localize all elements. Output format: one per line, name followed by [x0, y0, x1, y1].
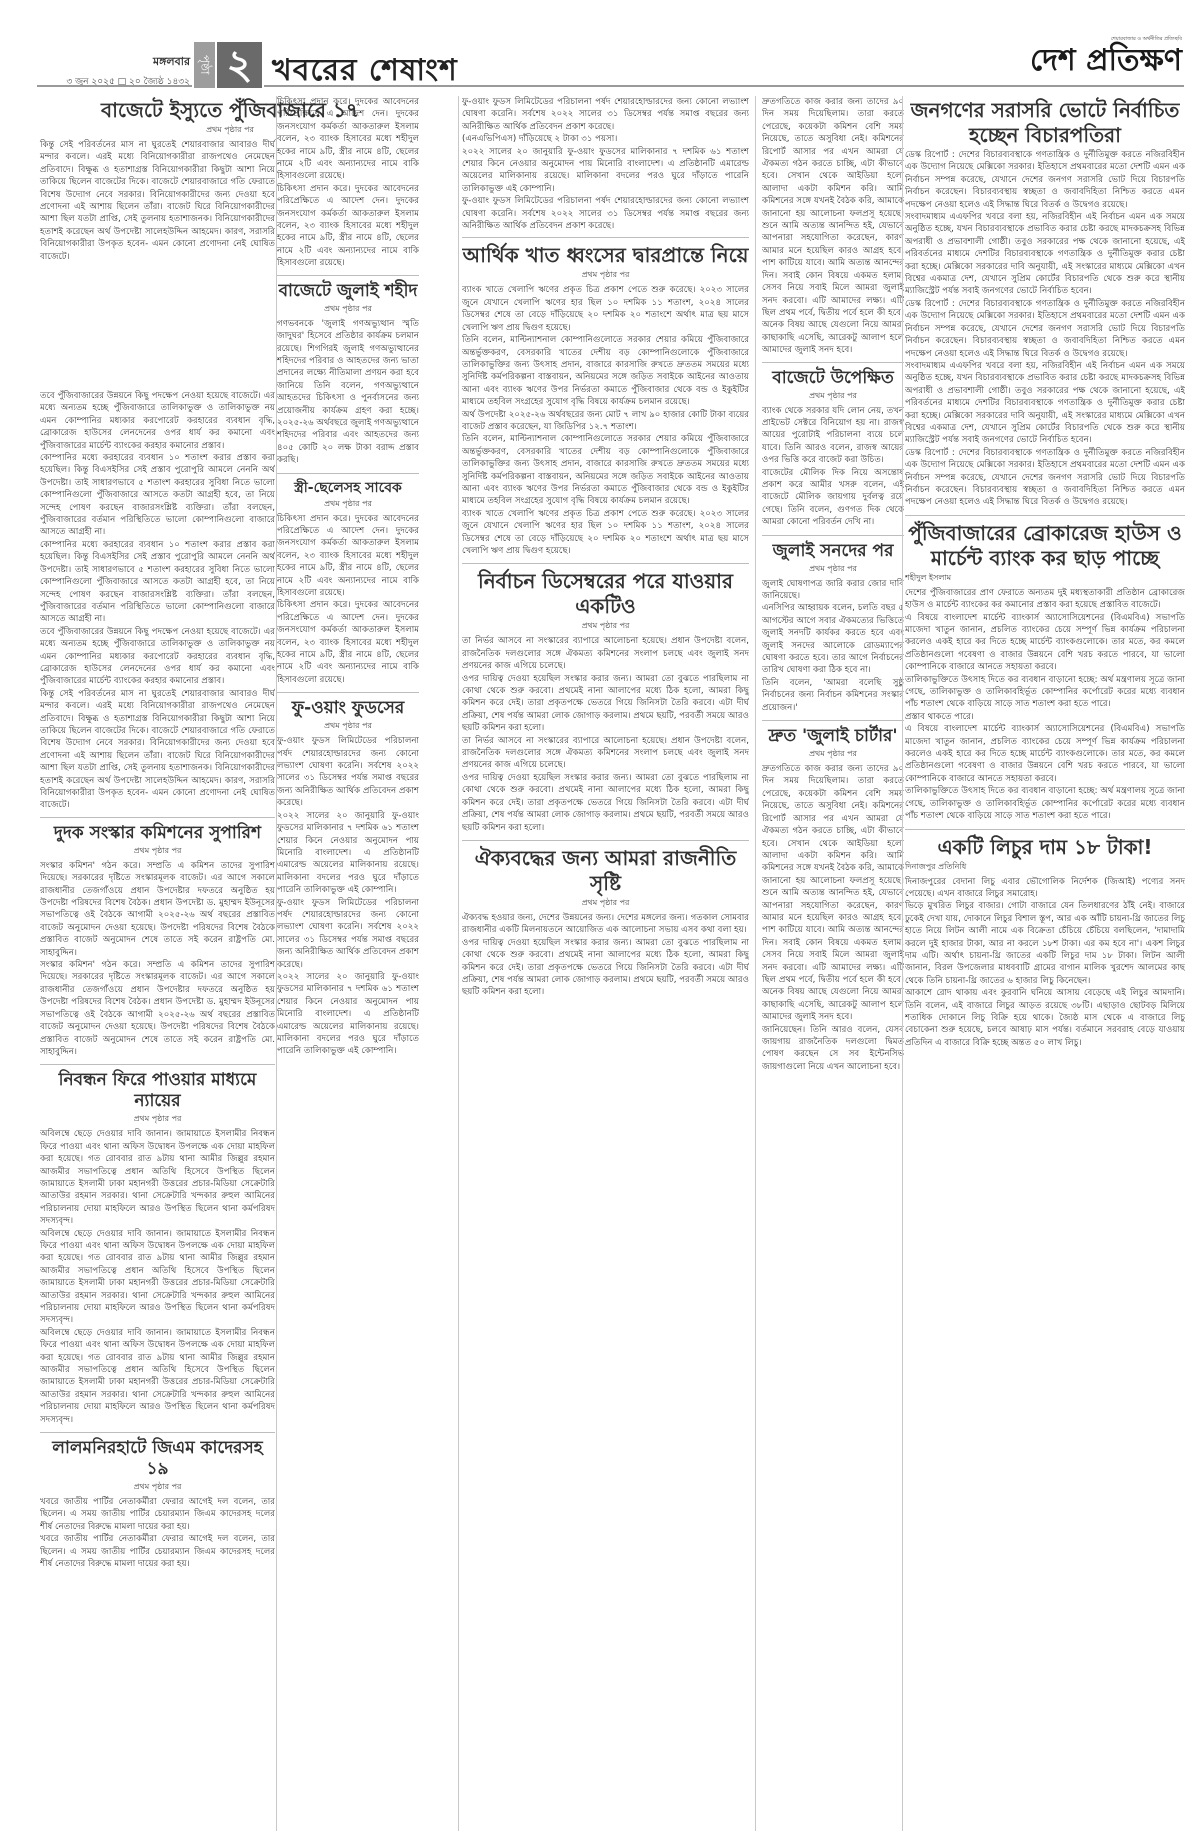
- article-july-martyr: বাজেটে জুলাই শহীদ প্রথম পৃষ্ঠার পর গণভবন…: [277, 281, 419, 467]
- article-july-charter-after: জুলাই সনদের পর প্রথম পৃষ্ঠার পর জুলাই ঘো…: [762, 541, 904, 714]
- article-lalmonirhat: লালমনিরহাটে জিএম কাদেরসহ ১৯ প্রথম পৃষ্ঠা…: [40, 1438, 275, 1570]
- article-brokerage-tax: পুঁজিবাজারের ব্রোকারেজ হাউস ও মার্চেন্ট …: [905, 521, 1185, 823]
- paragraph: ঐক্যবদ্ধ হওয়ার জন্য, দেশের উন্নয়নের জন…: [462, 912, 749, 937]
- paragraph: ওপর দায়িত্ব দেওয়া হয়েছিল সংস্কার করার…: [462, 937, 749, 999]
- divider: [277, 692, 419, 693]
- paragraph: তা নির্ভর আসবে না সংস্কারের ব্যাপারে আলো…: [462, 635, 749, 672]
- paragraph: জানিয়েছেন। তিনি আরও বলেন, যেসব জায়গায়…: [762, 1024, 904, 1074]
- paragraph: তা নির্ভর আসবে না সংস্কারের ব্যাপারে আলো…: [462, 735, 749, 772]
- article-mexico-judges: জনগণের সরাসরি ভোটে নির্বাচিত হচ্ছেন বিচা…: [905, 98, 1185, 509]
- column-divider: [458, 96, 459, 1831]
- headline: লালমনিরহাটে জিএম কাদেরসহ ১৯: [40, 1438, 275, 1480]
- newspaper-logo: শেয়ারবাজার ও অর্থনীতির প্রতিচ্ছবি দেশ প…: [1030, 36, 1182, 78]
- byline: প্রথম পৃষ্ঠার পর: [40, 845, 275, 858]
- byline: প্রথম পৃষ্ঠার পর: [277, 498, 419, 511]
- headline: দুদক সংস্কার কমিশনের সুপারিশ: [40, 823, 275, 844]
- headline: জুলাই সনদের পর: [762, 541, 904, 562]
- column-4: দ্রুতগতিতে কাজ করার জন্য তাদের ৯০ দিন সম…: [762, 96, 904, 1831]
- headline: ফু-ওয়াং ফুডসের: [277, 698, 419, 719]
- headline: বাজেটে জুলাই শহীদ: [277, 281, 419, 302]
- paragraph: তালিকাভুক্তিতে উৎসাহ দিতে কর ব্যবধান বাড…: [905, 785, 1185, 822]
- paragraph: আকাশে রোদ থাকায় এবং কুরবানি ঘনিয়ে আসায…: [905, 987, 1185, 1049]
- paragraph: ফু-ওয়াং ফুডস লিমিটেডের পরিচালনা পর্ষদ শ…: [277, 897, 419, 971]
- paragraph: এ বিষয়ে বাংলাদেশ মার্চেন্ট ব্যাংকার্স অ…: [905, 723, 1185, 785]
- article-nibondhon: নিবন্ধন ফিরে পাওয়ার মাধ্যমে ন্যায়ের প্…: [40, 1070, 275, 1426]
- column-2: চিকিৎসা প্রদান করে। দুদকের আবেদনের পরিপ্…: [277, 96, 419, 1831]
- divider: [762, 535, 904, 536]
- paragraph: তবে পুঁজিবাজারের উন্নয়নে কিছু পদক্ষেপ ন…: [40, 626, 275, 688]
- headline: ঐক্যবদ্ধের জন্য আমরা রাজনীতি সৃষ্টি: [462, 846, 749, 896]
- byline: প্রথম পৃষ্ঠার পর: [762, 748, 904, 761]
- page-label: পৃষ্ঠা: [194, 42, 215, 88]
- paragraph: কোম্পানির মধ্যে করহারের ব্যবধান ১০ শতাংশ…: [40, 539, 275, 626]
- byline: প্রথম পৃষ্ঠার পর: [40, 1113, 275, 1126]
- article-nation-building: ঐক্যবদ্ধের জন্য আমরা রাজনীতি সৃষ্টি প্রথ…: [462, 846, 749, 999]
- headline: নির্বাচন ডিসেম্বরের পরে যাওয়ার একটিও: [462, 569, 749, 619]
- column-3: ফু-ওয়াং ফুডস লিমিটেডের পরিচালনা পর্ষদ শ…: [462, 96, 749, 1831]
- divider: [905, 515, 1185, 516]
- paragraph: ২০২২ সালের ২০ জানুয়ারি ফু-ওয়াং ফুডসের …: [277, 971, 419, 1058]
- paragraph: সংস্কার কমিশন' গঠন করে। সম্প্রতি এ কমিশন…: [40, 959, 275, 1058]
- divider: [462, 563, 749, 564]
- article-budget-unnoticed: বাজেটে উপেক্ষিত প্রথম পৃষ্ঠার পর ব্যাংক …: [762, 368, 904, 529]
- headline: দ্রুত 'জুলাই চার্টার': [762, 726, 904, 747]
- divider: [40, 1432, 275, 1433]
- date-block: মঙ্গলবার ৩ জুন ২০২৫ □ ২০ জ্যৈষ্ঠ ১৪৩২: [66, 53, 190, 89]
- paragraph: দ্রুতগতিতে কাজ করার জন্য তাদের ৯০ দিন সম…: [762, 96, 904, 357]
- divider: [264, 85, 1184, 87]
- paragraph: তিনি বলেন, মাল্টিন্যাশনাল কোম্পানিগুলোতে…: [462, 334, 749, 408]
- divider: [277, 275, 419, 276]
- column-1: তবে পুঁজিবাজারের উন্নয়নে কিছু পদক্ষেপ ন…: [40, 390, 275, 1831]
- paragraph: তবে পুঁজিবাজারের উন্নয়নে কিছু পদক্ষেপ ন…: [40, 390, 275, 452]
- divider: [37, 85, 192, 87]
- article-financial-sector: আর্থিক খাত ধ্বংসের দ্বারপ্রান্তে নিয়ে প…: [462, 243, 749, 557]
- divider: [905, 829, 1185, 830]
- paragraph: বাজেটের মৌলিক দিক নিয়ে অসন্তোষ প্রকাশ ক…: [762, 467, 904, 529]
- paragraph: ২০২২ সালের ২০ জানুয়ারি ফু-ওয়াং ফুডসের …: [462, 146, 749, 196]
- divider: [462, 237, 749, 238]
- logo-name: দেশ প্রতিক্ষণ: [1030, 44, 1182, 78]
- paragraph: সংবাদমাধ্যম এএফপির খবরে বলা হয়, নজিরবিহ…: [905, 211, 1185, 298]
- paragraph: চিকিৎসা প্রদান করে। দুদকের আবেদনের পরিপ্…: [277, 513, 419, 600]
- paragraph: (এনএভিপিএস) দাঁড়িয়েছে ২ টাকা ৩১ পয়সা।: [462, 133, 749, 145]
- weekday: মঙ্গলবার: [66, 53, 190, 72]
- paragraph: খবরে জাতীয় পার্টির নেতাকর্মীরা ফেরার আগ…: [40, 1496, 275, 1533]
- paragraph: ২০২২ সালের ২০ জানুয়ারি ফু-ওয়াং ফুডসের …: [277, 810, 419, 897]
- byline: প্রথম পৃষ্ঠার পর: [462, 897, 749, 910]
- paragraph: ডেস্ক রিপোর্ট : দেশের বিচারব্যবস্থাকে গণ…: [905, 149, 1185, 211]
- byline: শহীদুল ইসলাম: [905, 572, 1185, 585]
- article-fu-wang: ফু-ওয়াং ফুডসের প্রথম পৃষ্ঠার পর ফু-ওয়া…: [277, 698, 419, 1058]
- paragraph: সংস্কার কমিশন' গঠন করে। সম্প্রতি এ কমিশন…: [40, 860, 275, 959]
- byline: প্রথম পৃষ্ঠার পর: [762, 390, 904, 403]
- headline: নিবন্ধন ফিরে পাওয়ার মাধ্যমে ন্যায়ের: [40, 1070, 275, 1112]
- paragraph: অর্থ উপদেষ্টা ২০২৫-২৬ অর্থবছরের জন্য মোট…: [462, 409, 749, 434]
- byline: প্রথম পৃষ্ঠার পর: [462, 269, 749, 282]
- paragraph: ভিড়ে মুখরিত লিচুর বাজার। গোটা বাজারে যে…: [905, 900, 1185, 987]
- page-number: ২: [217, 42, 262, 88]
- paragraph: এ বিষয়ে বাংলাদেশ মার্চেন্ট ব্যাংকার্স অ…: [905, 612, 1185, 674]
- paragraph: ফু-ওয়াং ফুডস লিমিটেডের পরিচালনা পর্ষদ শ…: [462, 195, 749, 232]
- paragraph: প্রস্তাব থাকতে পারে।: [905, 711, 1185, 723]
- paragraph: দিনাজপুরের বেদানা লিচু এবার ভৌগোলিক নির্…: [905, 876, 1185, 901]
- paragraph: দেশের পুঁজিবাজারের প্রাণ ফেরাতে অন্যতম দ…: [905, 587, 1185, 612]
- paragraph: খবরে জাতীয় পার্টির নেতাকর্মীরা ফেরার আগ…: [40, 1533, 275, 1570]
- paragraph: অবিলম্বে ছেড়ে দেওয়ার দাবি জানান। জামায…: [40, 1327, 275, 1426]
- paragraph: সংবাদমাধ্যম এএফপির খবরে বলা হয়, নজিরবিহ…: [905, 360, 1185, 447]
- paragraph: কোম্পানির মধ্যে করহারের ব্যবধান ১০ শতাংশ…: [40, 452, 275, 539]
- article-july-charter-fast: দ্রুত 'জুলাই চার্টার' প্রথম পৃষ্ঠার পর দ…: [762, 726, 904, 1073]
- paragraph: তালিকাভুক্তিতে উৎসাহ দিতে কর ব্যবধান বাড…: [905, 674, 1185, 711]
- column-divider: [755, 96, 756, 1831]
- paragraph: গণভবনকে 'জুলাই গণঅভ্যুত্থান স্মৃতি জাদুঘ…: [277, 318, 419, 467]
- paragraph: ফু-ওয়াং ফুডস লিমিটেডের পরিচালনা পর্ষদ শ…: [277, 735, 419, 809]
- byline: প্রথম পৃষ্ঠার পর: [462, 620, 749, 633]
- paragraph: ওপর দায়িত্ব দেওয়া হয়েছিল সংস্কার করার…: [462, 673, 749, 735]
- paragraph: তিনি বলেন, 'আমরা বলেছি সুষ্ঠু নির্বাচনের…: [762, 677, 904, 714]
- paragraph: তিনি বলেন, মাল্টিন্যাশনাল কোম্পানিগুলোতে…: [462, 433, 749, 507]
- article-dudok: দুদক সংস্কার কমিশনের সুপারিশ প্রথম পৃষ্ঠ…: [40, 823, 275, 1059]
- paragraph: জুলাই ঘোষণাপত্র জারি করার জোর দাবি জানিয…: [762, 578, 904, 603]
- paragraph: কিন্তু সেই পরিবর্তনের মাস না ঘুরতেই শেয়…: [40, 139, 275, 263]
- paragraph: ডেস্ক রিপোর্ট : দেশের বিচারব্যবস্থাকে গণ…: [905, 447, 1185, 509]
- headline: আর্থিক খাত ধ্বংসের দ্বারপ্রান্তে নিয়ে: [462, 243, 749, 268]
- byline: দিনাজপুর প্রতিনিধি: [905, 861, 1185, 874]
- divider: [762, 362, 904, 363]
- article-election-december: নির্বাচন ডিসেম্বরের পরে যাওয়ার একটিও প্…: [462, 569, 749, 834]
- column-5: জনগণের সরাসরি ভোটে নির্বাচিত হচ্ছেন বিচা…: [905, 96, 1185, 1831]
- paragraph: কিন্তু সেই পরিবর্তনের মাস না ঘুরতেই শেয়…: [40, 688, 275, 812]
- paragraph: ডেস্ক রিপোর্ট : দেশের বিচারব্যবস্থাকে গণ…: [905, 298, 1185, 360]
- column-divider: [902, 96, 903, 1831]
- paragraph: দ্রুতগতিতে কাজ করার জন্য তাদের ৯০ দিন সম…: [762, 763, 904, 1024]
- paragraph: ফু-ওয়াং ফুডস লিমিটেডের পরিচালনা পর্ষদ শ…: [462, 96, 749, 133]
- divider: [762, 720, 904, 721]
- paragraph: এনসিপির আহ্বায়ক বলেন, চলতি বছর ৫ আগস্টে…: [762, 602, 904, 676]
- paragraph: ব্যাংক খাতে খেলাপি ঋণের প্রকৃত চিত্র প্র…: [462, 508, 749, 558]
- headline: জনগণের সরাসরি ভোটে নির্বাচিত হচ্ছেন বিচা…: [905, 98, 1185, 148]
- paragraph: ওপর দায়িত্ব দেওয়া হয়েছিল সংস্কার করার…: [462, 772, 749, 834]
- paragraph: ব্যাংক থেকে সরকার যদি লোন নেয়, তখন প্রা…: [762, 405, 904, 467]
- byline: প্রথম পৃষ্ঠার পর: [40, 1481, 275, 1494]
- divider: [277, 473, 419, 474]
- paragraph: অবিলম্বে ছেড়ে দেওয়ার দাবি জানান। জামায…: [40, 1128, 275, 1227]
- divider: [40, 1064, 275, 1065]
- section-title: খবরের শেষাংশ: [272, 46, 458, 97]
- divider: [40, 817, 275, 818]
- paragraph: চিকিৎসা প্রদান করে। দুদকের আবেদনের পরিপ্…: [277, 96, 419, 183]
- paragraph: চিকিৎসা প্রদান করে। দুদকের আবেদনের পরিপ্…: [277, 599, 419, 686]
- paragraph: অবিলম্বে ছেড়ে দেওয়ার দাবি জানান। জামায…: [40, 1228, 275, 1327]
- masthead: মঙ্গলবার ৩ জুন ২০২৫ □ ২০ জ্যৈষ্ঠ ১৪৩২ পৃ…: [0, 0, 1200, 92]
- headline: পুঁজিবাজারের ব্রোকারেজ হাউস ও মার্চেন্ট …: [905, 521, 1185, 571]
- byline: প্রথম পৃষ্ঠার পর: [762, 563, 904, 576]
- paragraph: চিকিৎসা প্রদান করে। দুদকের আবেদনের পরিপ্…: [277, 183, 419, 270]
- headline: স্ত্রী-ছেলেসহ সাবেক: [277, 479, 419, 497]
- byline: প্রথম পৃষ্ঠার পর: [277, 720, 419, 733]
- headline: একটি লিচুর দাম ১৮ টাকা!: [905, 835, 1185, 860]
- headline: বাজেটে উপেক্ষিত: [762, 368, 904, 389]
- byline: প্রথম পৃষ্ঠার পর: [277, 303, 419, 316]
- divider: [462, 840, 749, 841]
- article-dudok-accounts: স্ত্রী-ছেলেসহ সাবেক প্রথম পৃষ্ঠার পর চিক…: [277, 479, 419, 687]
- article-litchi: একটি লিচুর দাম ১৮ টাকা! দিনাজপুর প্রতিনি…: [905, 835, 1185, 1050]
- paragraph: ব্যাংক খাতে খেলাপি ঋণের প্রকৃত চিত্র প্র…: [462, 284, 749, 334]
